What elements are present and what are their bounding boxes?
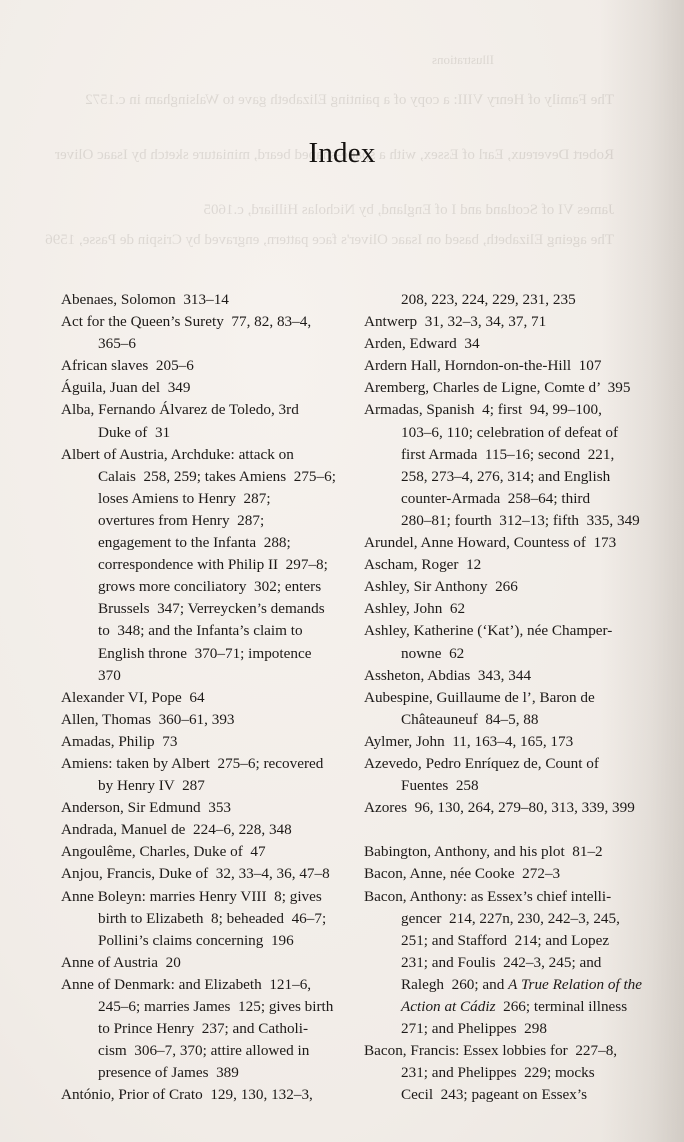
- index-entry: Amadas, Philip 73: [61, 731, 357, 753]
- index-entry-continuation: grows more conciliatory 302; enters: [61, 576, 357, 598]
- index-entry-continuation: engagement to the Infanta 288;: [61, 532, 357, 554]
- index-entry-continuation: English throne 370–71; impotence: [61, 643, 357, 665]
- index-entry-continuation: 245–6; marries James 125; gives birth: [61, 996, 357, 1018]
- index-entry-continuation: presence of James 389: [61, 1062, 357, 1084]
- index-entry: Albert of Austria, Archduke: attack on: [61, 444, 357, 466]
- index-entry-continuation: Brussels 347; Verreycken’s demands: [61, 598, 357, 620]
- index-entry: Anderson, Sir Edmund 353: [61, 797, 357, 819]
- index-entry: Ardern Hall, Horndon-on-the-Hill 107: [364, 355, 660, 377]
- entry-text: Ralegh 260; and: [401, 976, 508, 993]
- index-entry-continuation: 251; and Stafford 214; and Lopez: [364, 930, 660, 952]
- index-entry-continuation: loses Amiens to Henry 287;: [61, 488, 357, 510]
- index-entry: Antwerp 31, 32–3, 34, 37, 71: [364, 311, 660, 333]
- index-entry: Allen, Thomas 360–61, 393: [61, 709, 357, 731]
- index-entry-continuation: Duke of 31: [61, 422, 357, 444]
- index-entry-continuation: Action at Cádiz 266; terminal illness: [364, 996, 660, 1018]
- index-entry: António, Prior of Crato 129, 130, 132–3,: [61, 1084, 357, 1106]
- index-entry: Aylmer, John 11, 163–4, 165, 173: [364, 731, 660, 753]
- index-entry-continuation: correspondence with Philip II 297–8;: [61, 554, 357, 576]
- index-entry: African slaves 205–6: [61, 355, 357, 377]
- work-title: Action at Cádiz: [401, 998, 496, 1015]
- index-entry-continuation: to 348; and the Infanta’s claim to: [61, 620, 357, 642]
- index-entry-continuation: Pollini’s claims concerning 196: [61, 930, 357, 952]
- index-entry: Angoulême, Charles, Duke of 47: [61, 841, 357, 863]
- index-entry-continuation: 231; and Foulis 242–3, 245; and: [364, 952, 660, 974]
- index-entry: Anne of Denmark: and Elizabeth 121–6,: [61, 974, 357, 996]
- index-entry: Armadas, Spanish 4; first 94, 99–100,: [364, 399, 660, 421]
- index-entry-continuation: 258, 273–4, 276, 314; and English: [364, 466, 660, 488]
- index-entry: Aubespine, Guillaume de l’, Baron de: [364, 687, 660, 709]
- index-entry: Bacon, Anne, née Cooke 272–3: [364, 863, 660, 885]
- index-entry-continuation: gencer 214, 227n, 230, 242–3, 245,: [364, 908, 660, 930]
- index-entry-continuation: by Henry IV 287: [61, 775, 357, 797]
- index-entry: Act for the Queen’s Surety 77, 82, 83–4,: [61, 311, 357, 333]
- index-entry: Alexander VI, Pope 64: [61, 687, 357, 709]
- index-entry: Águila, Juan del 349: [61, 377, 357, 399]
- index-column-left: Abenaes, Solomon 313–14 Act for the Quee…: [61, 289, 357, 1106]
- index-entry: Ascham, Roger 12: [364, 554, 660, 576]
- index-column-right: 208, 223, 224, 229, 231, 235 Antwerp 31,…: [364, 289, 660, 1106]
- index-entry: Azevedo, Pedro Enríquez de, Count of: [364, 753, 660, 775]
- index-entry: Ashley, Sir Anthony 266: [364, 576, 660, 598]
- index-entry-continuation: counter-Armada 258–64; third: [364, 488, 660, 510]
- index-entry-continuation: 208, 223, 224, 229, 231, 235: [364, 289, 660, 311]
- index-entry: Assheton, Abdias 343, 344: [364, 665, 660, 687]
- index-entry-continuation: Calais 258, 259; takes Amiens 275–6;: [61, 466, 357, 488]
- index-entry-continuation: first Armada 115–16; second 221,: [364, 444, 660, 466]
- index-entry-continuation: cism 306–7, 370; attire allowed in: [61, 1040, 357, 1062]
- index-entry: Anjou, Francis, Duke of 32, 33–4, 36, 47…: [61, 863, 357, 885]
- index-entry-continuation: Châteauneuf 84–5, 88: [364, 709, 660, 731]
- index-entry: Bacon, Anthony: as Essex’s chief intelli…: [364, 886, 660, 908]
- index-entry-continuation: nowne 62: [364, 643, 660, 665]
- index-entry: Anne of Austria 20: [61, 952, 357, 974]
- index-entry: Arundel, Anne Howard, Countess of 173: [364, 532, 660, 554]
- index-entry-continuation: 103–6, 110; celebration of defeat of: [364, 422, 660, 444]
- index-entry: Abenaes, Solomon 313–14: [61, 289, 357, 311]
- index-entry: Anne Boleyn: marries Henry VIII 8; gives: [61, 886, 357, 908]
- index-entry: Ashley, Katherine (‘Kat’), née Champer-: [364, 620, 660, 642]
- index-entry: Ashley, John 62: [364, 598, 660, 620]
- index-entry-continuation: 365–6: [61, 333, 357, 355]
- index-entry: Babington, Anthony, and his plot 81–2: [364, 841, 660, 863]
- index-entry-continuation: 271; and Phelippes 298: [364, 1018, 660, 1040]
- index-entry: Andrada, Manuel de 224–6, 228, 348: [61, 819, 357, 841]
- index-entry-continuation: birth to Elizabeth 8; beheaded 46–7;: [61, 908, 357, 930]
- index-entry-continuation: Ralegh 260; and A True Relation of the: [364, 974, 660, 996]
- work-title: A True Relation of the: [508, 976, 642, 993]
- book-page: Illustrations The Family of Henry VIII: …: [0, 0, 684, 1142]
- index-entry: Aremberg, Charles de Ligne, Comte d’ 395: [364, 377, 660, 399]
- index-entry-continuation: 231; and Phelippes 229; mocks: [364, 1062, 660, 1084]
- index-entry-continuation: 370: [61, 665, 357, 687]
- index-entry: Bacon, Francis: Essex lobbies for 227–8,: [364, 1040, 660, 1062]
- index-entry-continuation: overtures from Henry 287;: [61, 510, 357, 532]
- index-entry-continuation: to Prince Henry 237; and Catholi-: [61, 1018, 357, 1040]
- index-entry-continuation: Cecil 243; pageant on Essex’s: [364, 1084, 660, 1106]
- index-entry: Arden, Edward 34: [364, 333, 660, 355]
- section-gap: [364, 819, 660, 841]
- entry-text: 266; terminal illness: [496, 998, 628, 1015]
- index-entry: Alba, Fernando Álvarez de Toledo, 3rd: [61, 399, 357, 421]
- index-entry-continuation: Fuentes 258: [364, 775, 660, 797]
- page-title: Index: [0, 137, 684, 170]
- index-entry: Amiens: taken by Albert 275–6; recovered: [61, 753, 357, 775]
- index-entry-continuation: 280–81; fourth 312–13; fifth 335, 349: [364, 510, 660, 532]
- index-entry: Azores 96, 130, 264, 279–80, 313, 339, 3…: [364, 797, 660, 819]
